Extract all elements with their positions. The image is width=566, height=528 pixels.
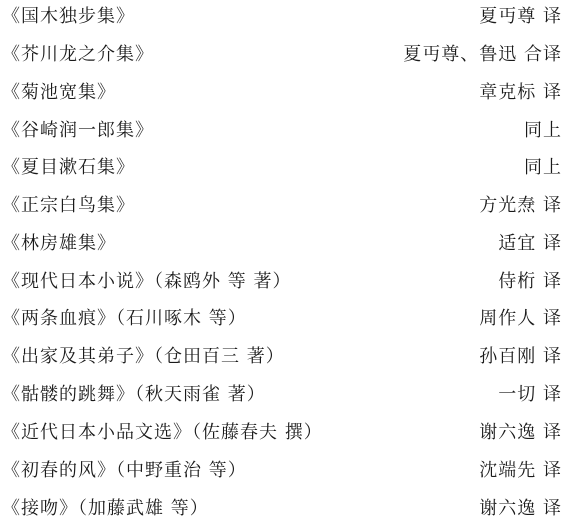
book-title: 《夏目漱石集》 <box>0 153 135 183</box>
list-item: 《国木独步集》 夏丏尊 译 <box>0 2 566 32</box>
book-title: 《谷崎润一郎集》 <box>0 116 154 146</box>
book-title: 《芥川龙之介集》 <box>0 40 154 70</box>
translator: 适宜 译 <box>498 229 566 259</box>
book-title: 《正宗白鸟集》 <box>0 191 135 221</box>
book-title: 《林房雄集》 <box>0 229 116 259</box>
translator: 孙百刚 译 <box>479 342 566 372</box>
list-item: 《林房雄集》 适宜 译 <box>0 229 566 259</box>
book-title: 《近代日本小品文选》（佐藤春夫 撰） <box>0 418 323 448</box>
list-item: 《接吻》（加藤武雄 等） 谢六逸 译 <box>0 494 566 524</box>
book-title: 《初春的风》（中野重治 等） <box>0 456 247 486</box>
list-item: 《骷髅的跳舞》（秋天雨雀 著） 一切 译 <box>0 380 566 410</box>
translator: 同上 <box>524 116 566 146</box>
translator: 夏丏尊、鲁迅 合译 <box>403 40 566 70</box>
list-item: 《菊池宽集》 章克标 译 <box>0 78 566 108</box>
list-item: 《初春的风》（中野重治 等） 沈端先 译 <box>0 456 566 486</box>
book-title: 《出家及其弟子》（仓田百三 著） <box>0 342 285 372</box>
list-item: 《芥川龙之介集》 夏丏尊、鲁迅 合译 <box>0 40 566 70</box>
list-item: 《谷崎润一郎集》 同上 <box>0 116 566 146</box>
translator: 方光焘 译 <box>479 191 566 221</box>
list-item: 《出家及其弟子》（仓田百三 著） 孙百刚 译 <box>0 342 566 372</box>
book-title: 《现代日本小说》（森鸥外 等 著） <box>0 267 291 297</box>
book-title: 《接吻》（加藤武雄 等） <box>0 494 209 524</box>
translator: 同上 <box>524 153 566 183</box>
book-title: 《国木独步集》 <box>0 2 135 32</box>
list-item: 《现代日本小说》（森鸥外 等 著） 侍桁 译 <box>0 267 566 297</box>
translator: 侍桁 译 <box>498 267 566 297</box>
list-item: 《两条血痕》（石川啄木 等） 周作人 译 <box>0 304 566 334</box>
list-item: 《正宗白鸟集》 方光焘 译 <box>0 191 566 221</box>
list-item: 《近代日本小品文选》（佐藤春夫 撰） 谢六逸 译 <box>0 418 566 448</box>
translator: 夏丏尊 译 <box>479 2 566 32</box>
translator: 谢六逸 译 <box>479 494 566 524</box>
translator: 周作人 译 <box>479 304 566 334</box>
book-title: 《骷髅的跳舞》（秋天雨雀 著） <box>0 380 266 410</box>
translator: 章克标 译 <box>479 78 566 108</box>
translator: 沈端先 译 <box>479 456 566 486</box>
book-title: 《菊池宽集》 <box>0 78 116 108</box>
translator: 一切 译 <box>498 380 566 410</box>
list-item: 《夏目漱石集》 同上 <box>0 153 566 183</box>
translator: 谢六逸 译 <box>479 418 566 448</box>
book-title: 《两条血痕》（石川啄木 等） <box>0 304 247 334</box>
